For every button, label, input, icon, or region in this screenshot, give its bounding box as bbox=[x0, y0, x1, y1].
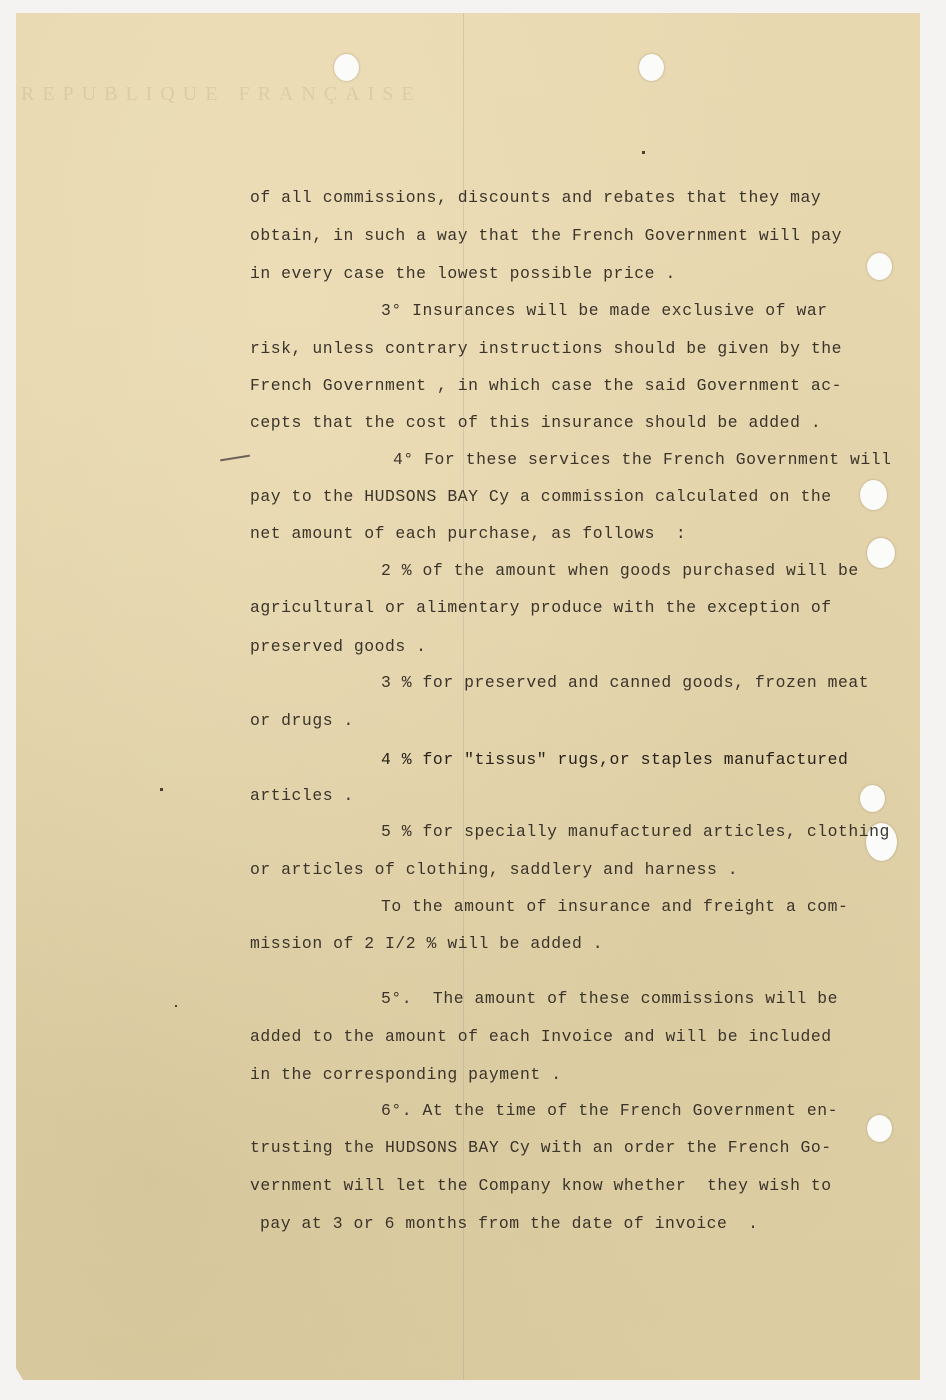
clause-5-heading: 5°. The amount of these commissions will… bbox=[381, 989, 838, 1009]
text-line: French Government , in which case the sa… bbox=[250, 376, 842, 396]
clause-4-heading: 4° For these services the French Governm… bbox=[393, 450, 892, 470]
text-line: added to the amount of each Invoice and … bbox=[250, 1027, 832, 1047]
text-line: in every case the lowest possible price … bbox=[250, 264, 676, 284]
clause-3-heading: 3° Insurances will be made exclusive of … bbox=[381, 301, 828, 321]
ink-speck bbox=[160, 788, 163, 791]
ink-speck bbox=[175, 1005, 177, 1007]
punch-hole-top-left bbox=[334, 54, 359, 81]
insurance-freight-commission: To the amount of insurance and freight a… bbox=[381, 897, 848, 917]
text-line: risk, unless contrary instructions shoul… bbox=[250, 339, 842, 359]
text-line: obtain, in such a way that the French Go… bbox=[250, 226, 842, 246]
punch-hole-right-4 bbox=[860, 785, 885, 812]
punch-hole-right-3 bbox=[867, 538, 895, 568]
punch-hole-right-1 bbox=[867, 253, 892, 280]
text-line: cepts that the cost of this insurance sh… bbox=[250, 413, 821, 433]
text-line: trusting the HUDSONS BAY Cy with an orde… bbox=[250, 1138, 832, 1158]
text-line: articles . bbox=[250, 786, 354, 806]
text-line: preserved goods . bbox=[250, 637, 427, 657]
rate-4-percent: 4 % for "tissus" rugs,or staples manufac… bbox=[381, 750, 848, 770]
text-line: mission of 2 I/2 % will be added . bbox=[250, 934, 603, 954]
rate-2-percent: 2 % of the amount when goods purchased w… bbox=[381, 561, 859, 581]
ink-speck bbox=[642, 151, 645, 154]
show-through-letterhead: REPUBLIQUE FRANÇAISE bbox=[21, 83, 422, 106]
rate-3-percent: 3 % for preserved and canned goods, froz… bbox=[381, 673, 869, 693]
text-line: pay to the HUDSONS BAY Cy a commission c… bbox=[250, 487, 832, 507]
punch-hole-top-right bbox=[639, 54, 664, 81]
text-line: or drugs . bbox=[250, 711, 354, 731]
text-line: vernment will let the Company know wheth… bbox=[250, 1176, 832, 1196]
text-line: pay at 3 or 6 months from the date of in… bbox=[260, 1214, 759, 1234]
rate-5-percent: 5 % for specially manufactured articles,… bbox=[381, 822, 890, 842]
text-line: of all commissions, discounts and rebate… bbox=[250, 188, 821, 208]
text-line: in the corresponding payment . bbox=[250, 1065, 562, 1085]
clause-6-heading: 6°. At the time of the French Government… bbox=[381, 1101, 838, 1121]
punch-hole-right-6 bbox=[867, 1115, 892, 1142]
fold-line bbox=[463, 13, 464, 1380]
punch-hole-right-2 bbox=[860, 480, 887, 510]
text-line: or articles of clothing, saddlery and ha… bbox=[250, 860, 738, 880]
text-line: agricultural or alimentary produce with … bbox=[250, 598, 832, 618]
document-page: REPUBLIQUE FRANÇAISE bbox=[16, 13, 920, 1380]
text-line: net amount of each purchase, as follows … bbox=[250, 524, 686, 544]
